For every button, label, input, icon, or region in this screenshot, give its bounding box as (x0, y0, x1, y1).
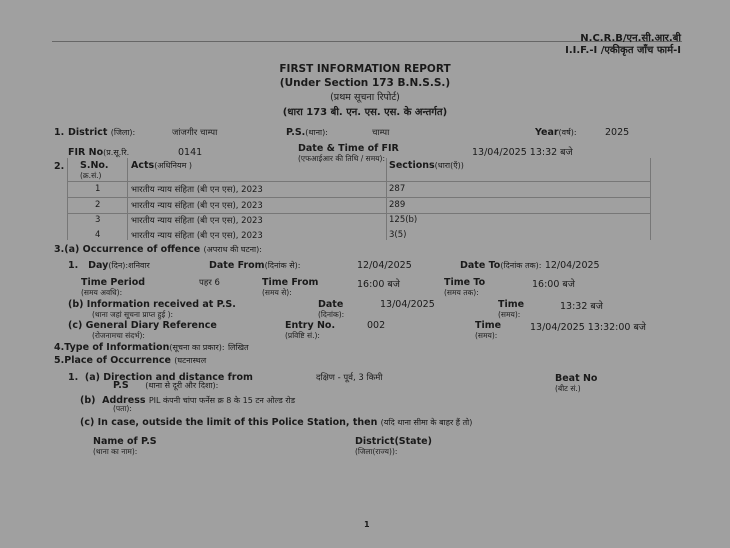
fir-no-label: FIR No(प्र.सू.रि. (68, 147, 129, 158)
section2-number: 2. (54, 161, 64, 172)
time-from-label: Time From(समय से): (262, 277, 318, 297)
gd-time-value: 13/04/2025 13:32:00 बजे (530, 320, 646, 333)
gd-time-label: Time(समय): (475, 320, 501, 340)
time-from-value: 16:00 बजे (357, 277, 400, 290)
time-period-label: Time Period(समय अवधि): (81, 277, 145, 297)
section3-heading: 3.(a) Occurrence of offence (अपराध की घट… (54, 244, 262, 255)
sno-header: S.No.(क्र.सं.) (80, 160, 109, 180)
section1-number: 1. (54, 127, 64, 138)
sections-header: Sections(धारा(एँ)) (389, 160, 464, 171)
info-date-label: Date(दिनांक): (318, 299, 344, 319)
fir-datetime-label: Date & Time of FIR(एफआईआर की तिथि / समय)… (298, 143, 399, 163)
type-of-information-value: लिखित (228, 343, 249, 352)
year-value: 2025 (605, 127, 629, 138)
outside-limit-label: (c) In case, outside the limit of this P… (80, 417, 472, 428)
date-from-label: Date From(दिनांक से): (209, 260, 300, 271)
district-state-label: District(State)(जिला(राज्य)): (355, 436, 432, 456)
address-label-hindi: (पता): (113, 404, 132, 414)
info-received-label: (b) Information received at P.S.(थाना जह… (68, 299, 236, 319)
ps-name-label: Name of P.S(थाना का नाम): (93, 436, 157, 456)
gd-reference-label: (c) General Diary Reference(रोजनामचा संद… (68, 320, 217, 340)
time-to-value: 16:00 बजे (532, 277, 575, 290)
beat-no-label: Beat No(बीट सं.) (555, 373, 597, 393)
ps-label: P.S.(थाना): (286, 127, 328, 138)
ps-value: चाम्पा (372, 127, 389, 138)
report-title-hindi: (प्रथम सूचना रिपोर्ट) (0, 90, 730, 103)
info-date-value: 13/04/2025 (380, 299, 435, 310)
fir-no-value: 0141 (178, 147, 202, 158)
entry-no-label: Entry No.(प्रविष्टि सं.): (285, 320, 335, 340)
fir-datetime-value: 13/04/2025 13:32 बजे (472, 145, 573, 158)
info-time-value: 13:32 बजे (560, 299, 603, 312)
day-label: 1. Day(दिन):शनिवार (68, 260, 150, 271)
page-number: 1 (364, 520, 370, 529)
place-of-occurrence-label: 5.Place of Occurrence (घटनास्थल (54, 355, 206, 366)
info-time-label: Time(समय): (498, 299, 524, 319)
report-title: FIRST INFORMATION REPORT (0, 63, 730, 75)
date-from-value: 12/04/2025 (357, 260, 412, 271)
address-value: PIL कंपनी चांपा फर्नेस क्र 8 के 15 टन ओल… (149, 396, 295, 405)
time-period-value: पहर 6 (199, 277, 220, 288)
report-subtitle-hindi: (धारा 173 बी. एन. एस. एस. के अन्तर्गत) (0, 104, 730, 118)
report-subtitle: (Under Section 173 B.N.S.S.) (0, 77, 730, 89)
type-of-information-label: 4.Type of Information(सूचना का प्रकार): … (54, 342, 249, 353)
time-to-label: Time To(समय तक): (444, 277, 485, 297)
district-label: District (जिला): (68, 127, 135, 138)
iif-label: I.I.F.-I /एकीकृत जाँच फार्म-I (565, 42, 681, 56)
year-label: Year(वर्ष): (535, 127, 577, 138)
date-to-label: Date To(दिनांक तक): 12/04/2025 (460, 260, 600, 271)
direction-label-ps: P.S (थाना से दूरी और दिशा): (113, 380, 218, 391)
district-value: जांजगीर चाम्पा (172, 127, 217, 138)
direction-value: दक्षिण - पूर्व, 3 किमी (316, 372, 383, 383)
acts-header: Acts(अधिनियम ) (131, 160, 192, 171)
entry-no-value: 002 (367, 320, 385, 331)
